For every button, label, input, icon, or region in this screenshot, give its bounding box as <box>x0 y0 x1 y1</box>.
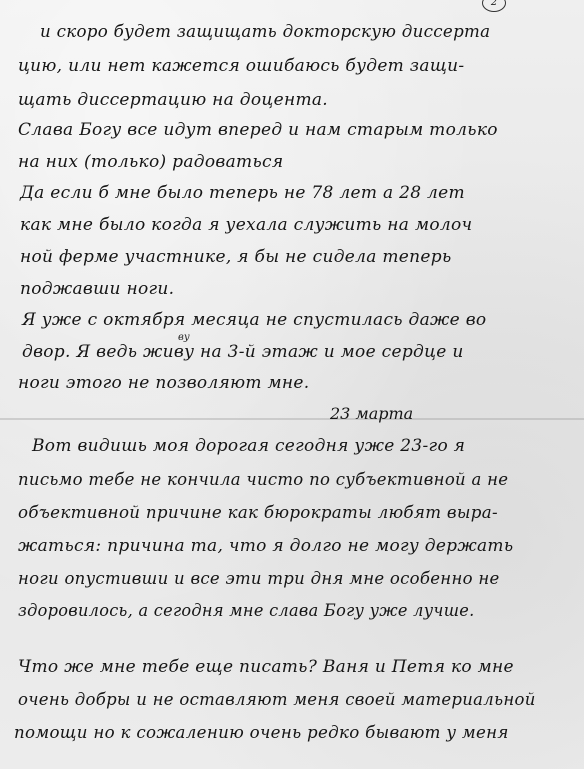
letter-line-9: поджавши ноги. <box>20 279 174 299</box>
paper-fold-line <box>0 418 584 420</box>
letter-line-3: щать диссертацию на доцента. <box>18 90 328 110</box>
letter-line-7: как мне было когда я уехала служить на м… <box>20 215 472 235</box>
letter-line-14: письмо тебе не кончила чисто по субъекти… <box>18 470 508 490</box>
letter-line-21: помощи но к сожалению очень редко бывают… <box>14 723 509 743</box>
letter-line-10: Я уже с октября месяца не спустилась даж… <box>22 310 486 330</box>
date-heading: 23 марта <box>330 404 413 423</box>
letter-page: 2 и скоро будет защищать докторскую дисс… <box>0 0 584 769</box>
letter-line-11: двор. Я ведь живу на 3-й этаж и мое серд… <box>22 342 464 362</box>
letter-line-20: очень добры и не оставляют меня своей ма… <box>18 690 536 710</box>
page-number-circled: 2 <box>482 0 506 12</box>
letter-line-2: цию, или нет кажется ошибаюсь будет защи… <box>18 56 464 76</box>
letter-line-1: и скоро будет защищать докторскую диссер… <box>40 22 490 42</box>
letter-line-15: объективной причине как бюрократы любят … <box>18 503 498 523</box>
letter-line-19: Что же мне тебе еще писать? Ваня и Петя … <box>18 657 514 677</box>
letter-line-16: жаться: причина та, что я долго не могу … <box>18 536 513 556</box>
letter-line-18: здоровилось, а сегодня мне слава Богу уж… <box>18 601 475 621</box>
letter-line-12: ноги этого не позволяют мне. <box>18 373 309 393</box>
letter-line-17: ноги опустивши и все эти три дня мне осо… <box>18 569 500 589</box>
letter-line-6: Да если б мне было теперь не 78 лет а 28… <box>20 183 465 203</box>
letter-line-5: на них (только) радоваться <box>18 152 283 172</box>
letter-line-8: ной ферме участнике, я бы не сидела тепе… <box>20 247 452 267</box>
letter-line-4: Слава Богу все идут вперед и нам старым … <box>18 120 498 140</box>
letter-line-13: Вот видишь моя дорогая сегодня уже 23-го… <box>32 436 465 456</box>
